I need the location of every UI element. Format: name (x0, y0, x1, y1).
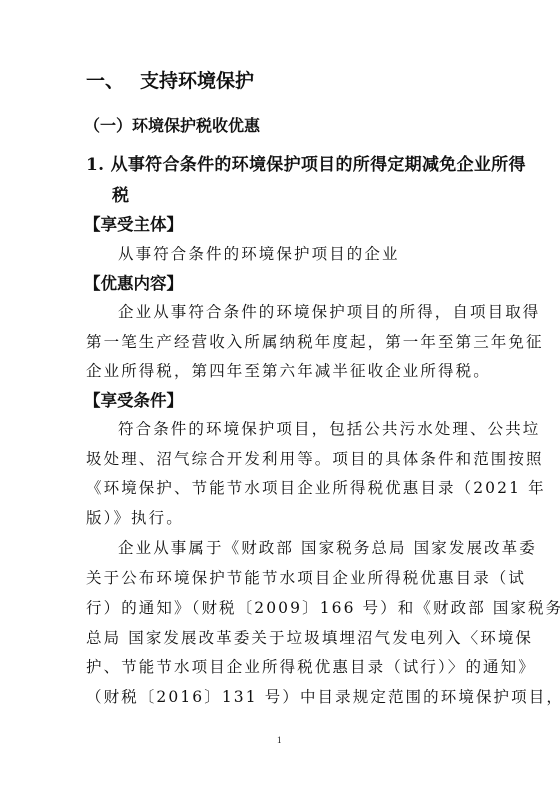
heading-level-3: 1. 从事符合条件的环境保护项目的所得定期减免企业所得 (86, 157, 526, 174)
body-line: 第一笔生产经营收入所属纳税年度起，第一年至第三年免征 (86, 335, 544, 351)
body-line: 护、节能节水项目企业所得税优惠目录（试行）〉的通知》 (86, 660, 536, 676)
body-line: 总局 国家发展改革委关于垃圾填埋沼气发电列入〈环境保 (86, 631, 533, 647)
heading-level-3-continued: 税 (112, 188, 129, 205)
page-number: 1 (277, 736, 282, 745)
body-line: 《环境保护、节能节水项目企业所得税优惠目录（2021 年 (86, 481, 546, 497)
section-label-benefit: 【优惠内容】 (84, 276, 183, 293)
body-line: 企业从事属于《财政部 国家税务总局 国家发展改革委 (118, 541, 537, 557)
heading-level-1: 一、支持环境保护 (86, 72, 254, 91)
body-line: 关于公布环境保护节能节水项目企业所得税优惠目录（试 (86, 571, 526, 587)
body-line: 行）的通知》（财税〔2009〕166 号）和《财政部 国家税务 (86, 601, 560, 617)
body-line: （财税〔2016〕131 号）中目录规定范围的环境保护项目， (86, 690, 560, 706)
body-line: 符合条件的环境保护项目，包括公共污水处理、公共垃 (118, 422, 540, 438)
document-page: 一、支持环境保护 （一）环境保护税收优惠 1. 从事符合条件的环境保护项目的所得… (0, 0, 560, 791)
body-line: 企业所得税，第四年至第六年减半征收企业所得税。 (86, 364, 491, 380)
heading-level-2: （一）环境保护税收优惠 (84, 118, 260, 134)
heading-1-text: 支持环境保护 (140, 70, 254, 92)
heading-1-number: 一、 (86, 70, 124, 92)
section-label-conditions: 【享受条件】 (84, 393, 183, 410)
section-label-beneficiary: 【享受主体】 (84, 217, 183, 234)
body-line: 企业从事符合条件的环境保护项目的所得，自项目取得 (118, 305, 540, 321)
body-line: 从事符合条件的环境保护项目的企业 (118, 247, 400, 263)
body-line: 版）》执行。 (86, 511, 184, 527)
body-line: 圾处理、沼气综合开发利用等。项目的具体条件和范围按照 (86, 452, 544, 468)
